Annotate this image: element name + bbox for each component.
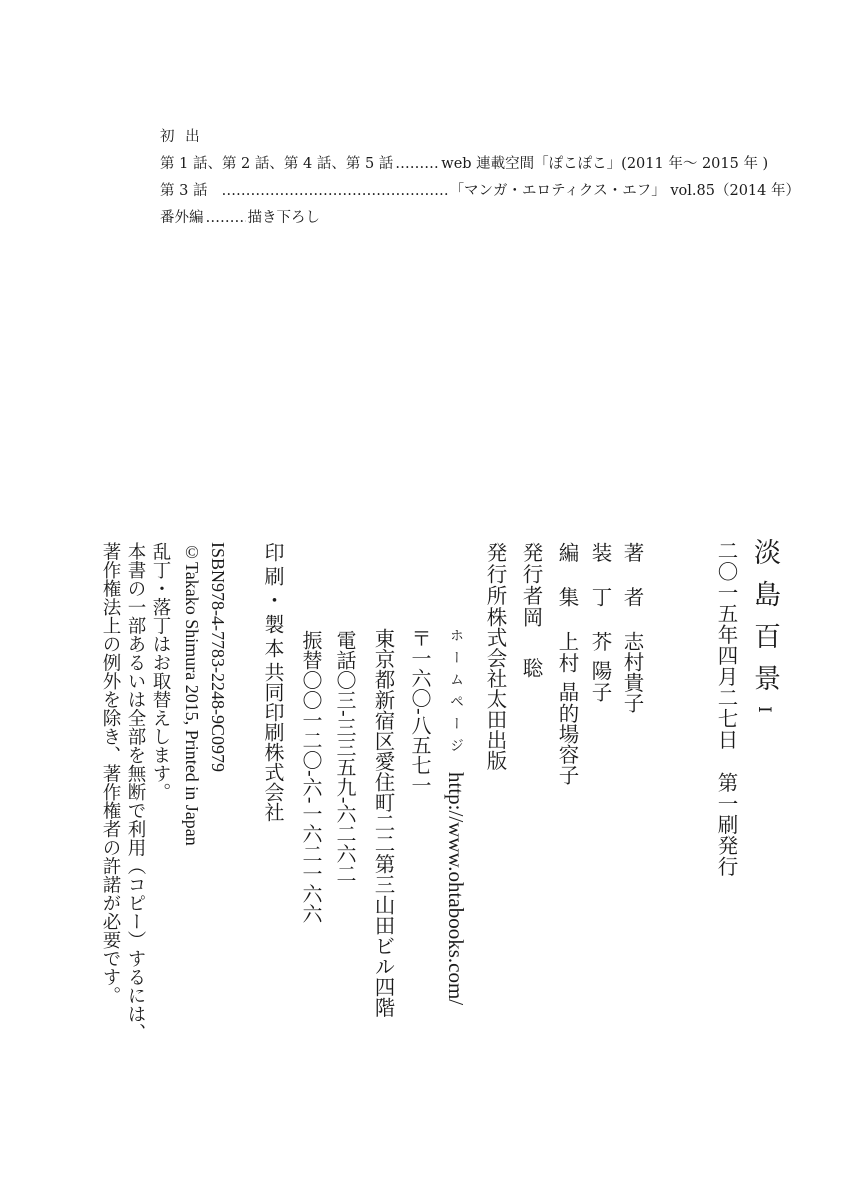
first-publication-row: 第 3 話 「マンガ・エロティクス・エフ」 vol.85（2014 年）	[160, 178, 800, 205]
note-copyright-law: 著作権法上の例外を除き、著作権者の許諾が必要です。	[97, 542, 123, 1005]
credit-value: 芥 陽子	[588, 631, 612, 703]
volume-number: I	[754, 706, 774, 713]
postal-code: 〒一六〇-八五七一	[406, 628, 435, 795]
homepage: ホームページhttp://www.ohtabooks.com/	[443, 628, 468, 1005]
homepage-url[interactable]: http://www.ohtabooks.com/	[444, 772, 468, 1005]
first-publication-row: 番外編 描き下ろし	[160, 205, 800, 232]
address-street: 東京都新宿区愛住町二二	[371, 628, 395, 854]
first-publication-block: 初 出 第 1 話、第 2 話、第 4 話、第 5 話 web 連載空間「ぽこぽ…	[160, 124, 800, 232]
address-building: 第三山田ビル四階	[371, 854, 395, 1018]
first-publication-heading-row: 初 出	[160, 124, 800, 151]
homepage-label: ホームページ	[448, 628, 464, 760]
printing-value: 共同印刷株式会社	[261, 662, 285, 822]
first-publication-episodes: 第 3 話	[160, 178, 207, 205]
classification-code: C0979	[208, 724, 228, 772]
leader-dots	[395, 151, 439, 178]
transfer-value: 〇〇一二〇-六-一六二一六六	[299, 670, 323, 924]
credit-value: 志村貴子	[620, 631, 644, 713]
credit-label: 著者	[617, 542, 647, 631]
phone: 電話〇三-三三五九-六二六二	[331, 630, 360, 884]
phone-label: 電話	[333, 630, 357, 670]
credit-value: 株式会社太田出版	[483, 607, 507, 771]
credit-value: 的場容子	[555, 703, 579, 785]
first-publication-source: 描き下ろし	[248, 205, 321, 232]
date-text: 二〇一五年四月二七日	[714, 540, 738, 750]
credit-value: 岡 聡	[519, 607, 543, 691]
credit-design: 装丁芥 陽子	[585, 542, 615, 703]
book-title-text: 淡島百景	[749, 538, 780, 706]
first-publication-row: 第 1 話、第 2 話、第 4 話、第 5 話 web 連載空間「ぽこぽこ」(2…	[160, 151, 800, 178]
note-copy-permission: 本書の一部あるいは全部を無断で利用（コピー）するには、	[122, 542, 148, 1042]
edition-text: 第一刷発行	[714, 772, 738, 877]
first-publication-source: 「マンガ・エロティクス・エフ」 vol.85（2014 年）	[450, 178, 800, 205]
leader-dots	[206, 205, 246, 232]
credit-publishing-house: 発行所株式会社太田出版	[480, 542, 510, 771]
copyright: ©Takako Shimura 2015, Printed in Japan	[181, 542, 202, 846]
credit-publisher: 発行者岡 聡	[516, 542, 546, 690]
note-misprint: 乱丁・落丁はお取替えします。	[147, 542, 173, 801]
credit-value: 上村 晶	[555, 631, 579, 703]
printing: 印刷・製本共同印刷株式会社	[259, 542, 288, 822]
printing-label: 印刷・製本	[261, 542, 285, 662]
first-publication-heading: 初 出	[160, 124, 203, 151]
transfer-label: 振替	[299, 630, 323, 670]
transfer-account: 振替〇〇一二〇-六-一六二一六六	[297, 630, 326, 924]
publication-date: 二〇一五年四月二七日第一刷発行	[711, 540, 741, 877]
credit-label: 編集	[552, 542, 582, 631]
address: 東京都新宿区愛住町二二第三山田ビル四階	[368, 628, 398, 1018]
credit-author: 著者志村貴子	[617, 542, 647, 713]
credit-editor: 編集上村 晶的場容子	[552, 542, 582, 785]
first-publication-episodes: 番外編	[160, 205, 204, 232]
credit-label: 発行者	[516, 542, 546, 607]
phone-value: 〇三-三三五九-六二六二	[333, 670, 357, 884]
isbn-number: ISBN978-4-7783-2248-9	[208, 542, 228, 724]
book-title: 淡島百景I	[745, 538, 784, 713]
credit-label: 装丁	[585, 542, 615, 631]
first-publication-episodes: 第 1 話、第 2 話、第 4 話、第 5 話	[160, 151, 393, 178]
credit-label: 発行所	[480, 542, 510, 607]
isbn: ISBN978-4-7783-2248-9C0979	[207, 542, 228, 772]
leader-dots	[221, 178, 447, 205]
first-publication-source: web 連載空間「ぽこぽこ」(2011 年〜 2015 年 )	[441, 151, 768, 178]
